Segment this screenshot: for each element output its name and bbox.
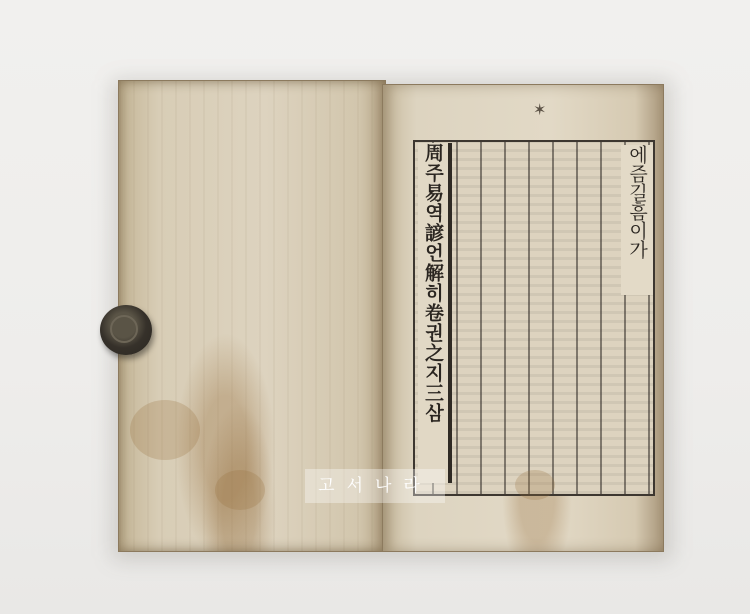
watermark-label: 고서나라 bbox=[305, 469, 445, 503]
book-title-column: 周주易역諺언解히卷권之지三삼 bbox=[418, 143, 452, 483]
water-stain bbox=[515, 470, 555, 500]
clip-ring-icon bbox=[110, 315, 138, 343]
star-ornament-icon: ✶ bbox=[533, 100, 546, 119]
water-stain bbox=[130, 400, 200, 460]
water-stain bbox=[215, 470, 265, 510]
metal-clip bbox=[100, 305, 152, 355]
text-column-hangul: 에즘길흠이가 bbox=[621, 145, 653, 295]
